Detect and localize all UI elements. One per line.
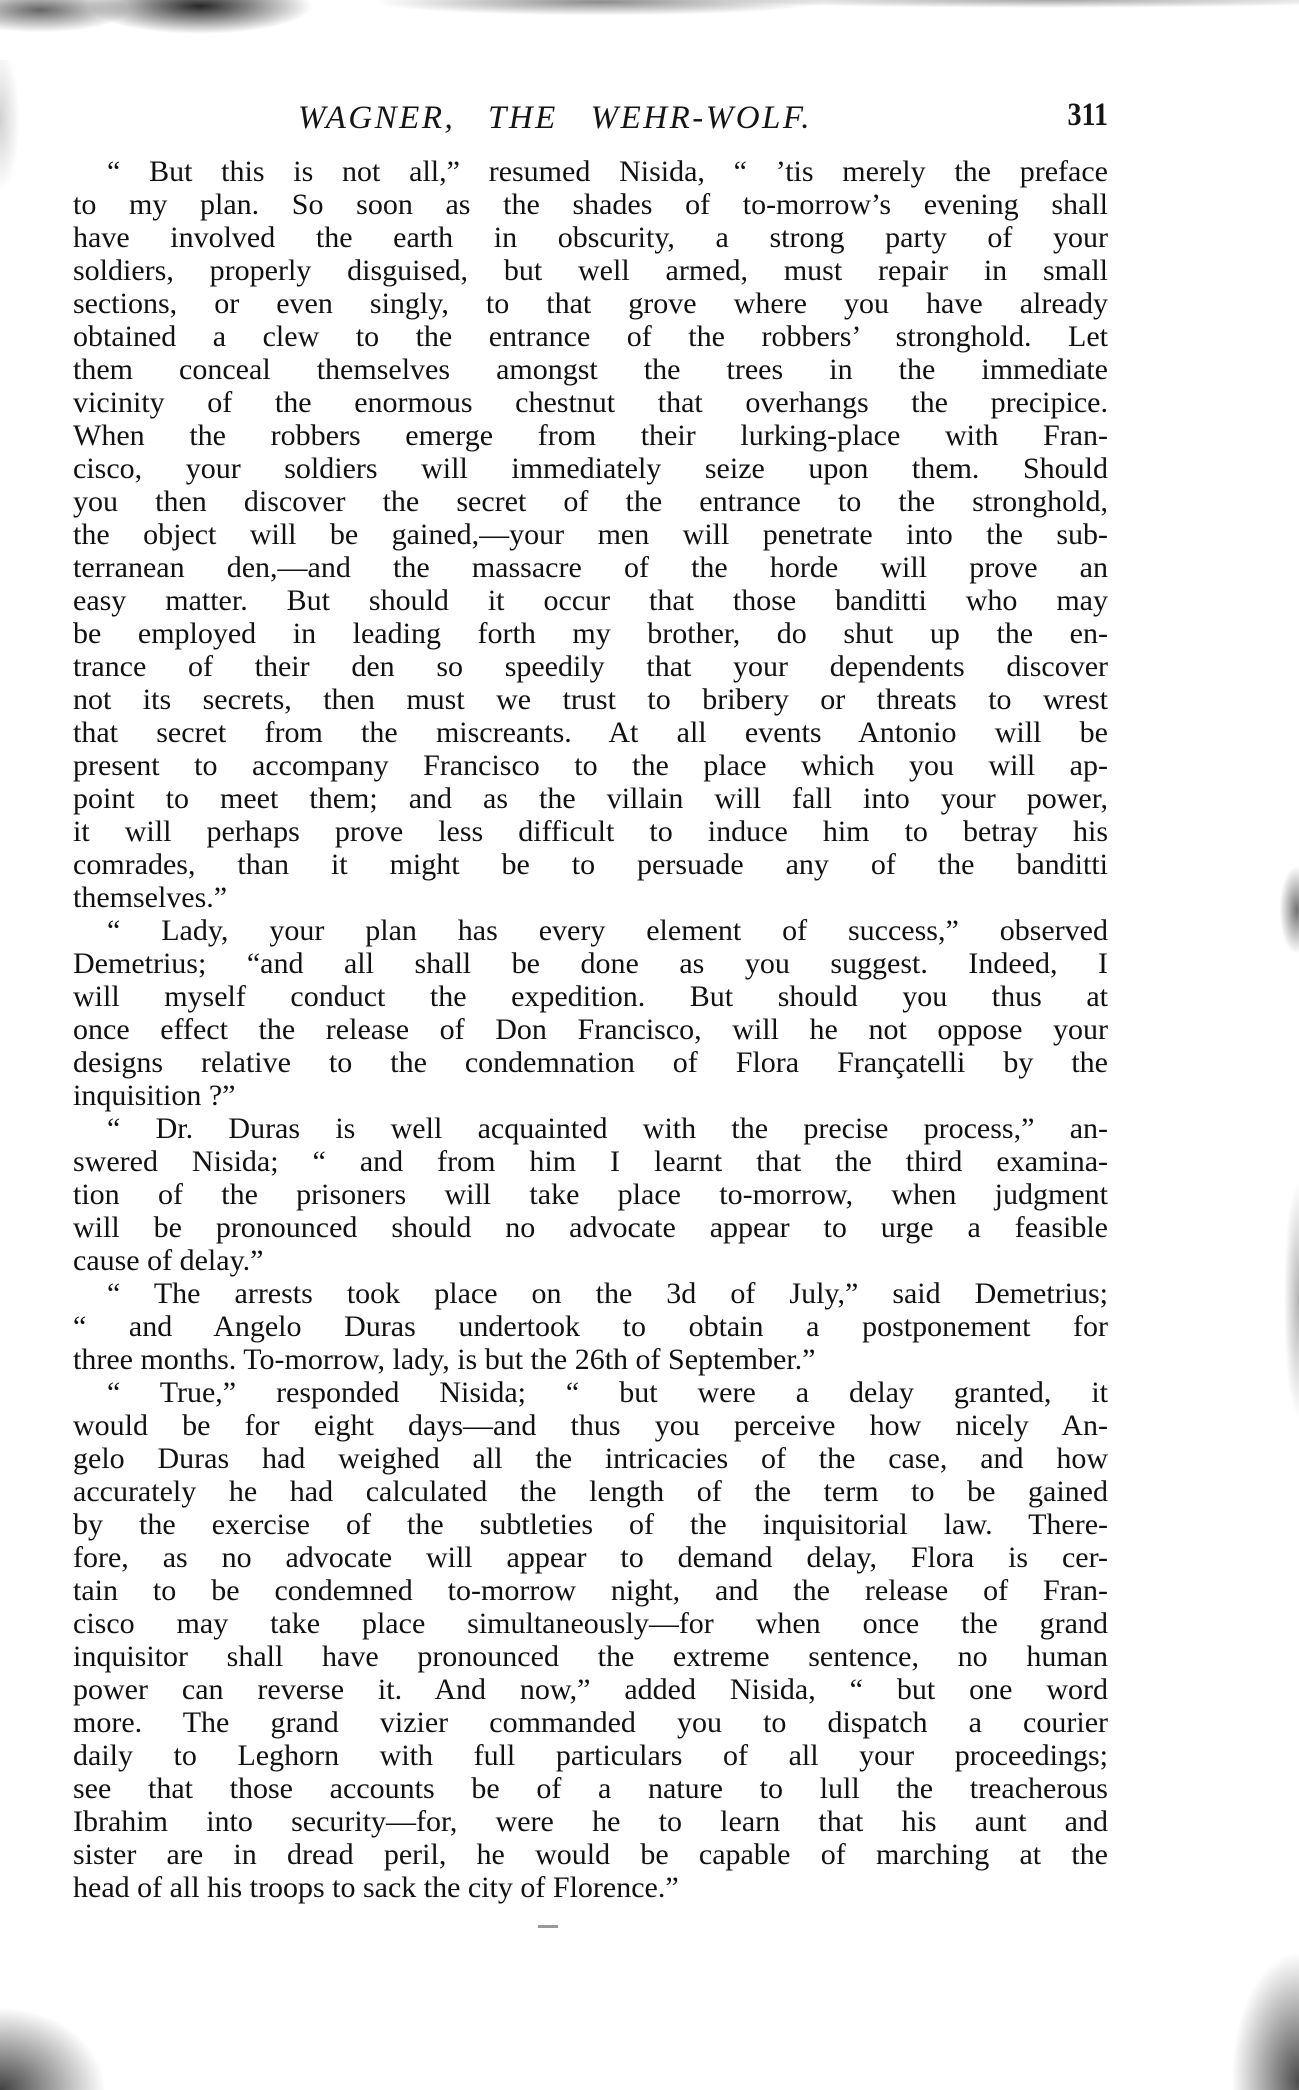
text-line: comrades, than it might be to persuade a… — [73, 848, 1108, 881]
text-line: “ and Angelo Duras undertook to obtain a… — [73, 1310, 1108, 1343]
text-line: vicinity of the enormous chestnut that o… — [73, 386, 1108, 419]
paragraph: “ Dr. Duras is well acquainted with the … — [73, 1112, 1108, 1277]
text-line: “ True,” responded Nisida; “ but were a … — [73, 1376, 1108, 1409]
text-line: “ Lady, your plan has every element of s… — [73, 914, 1108, 947]
text-line: obtained a clew to the entrance of the r… — [73, 320, 1108, 353]
text-line: sister are in dread peril, he would be c… — [73, 1838, 1108, 1871]
text-line: accurately he had calculated the length … — [73, 1475, 1108, 1508]
text-line: sections, or even singly, to that grove … — [73, 287, 1108, 320]
text-line: soldiers, properly disguised, but well a… — [73, 254, 1108, 287]
running-head: WAGNER, THE WEHR-WOLF. — [298, 98, 898, 138]
text-line: “ The arrests took place on the 3d of Ju… — [73, 1277, 1108, 1310]
text-line: daily to Leghorn with full particulars o… — [73, 1739, 1108, 1772]
paragraph: “ The arrests took place on the 3d of Ju… — [73, 1277, 1108, 1376]
scan-smudge-right — [1259, 860, 1299, 980]
text-line: designs relative to the condemnation of … — [73, 1046, 1108, 1079]
text-line: Ibrahim into security—for, were he to le… — [73, 1805, 1108, 1838]
text-line: tion of the prisoners will take place to… — [73, 1178, 1108, 1211]
text-line: the object will be gained,—your men will… — [73, 518, 1108, 551]
page-number: 311 — [1055, 95, 1108, 135]
text-line: Demetrius; “and all shall be done as you… — [73, 947, 1108, 980]
text-line: “ But this is not all,” resumed Nisida, … — [73, 155, 1108, 188]
text-line: “ Dr. Duras is well acquainted with the … — [73, 1112, 1108, 1145]
text-line: swered Nisida; “ and from him I learnt t… — [73, 1145, 1108, 1178]
text-line: power can reverse it. And now,” added Ni… — [73, 1673, 1108, 1706]
text-line: that secret from the miscreants. At all … — [73, 716, 1108, 749]
text-line: cause of delay.” — [73, 1244, 1108, 1277]
text-line: more. The grand vizier commanded you to … — [73, 1706, 1108, 1739]
text-line: inquisition ?” — [73, 1079, 1108, 1112]
book-page: WAGNER, THE WEHR-WOLF. 311 “ But this is… — [0, 0, 1299, 2090]
text-line: you then discover the secret of the entr… — [73, 485, 1108, 518]
text-line: cisco may take place simultaneously—for … — [73, 1607, 1108, 1640]
text-line: not its secrets, then must we trust to b… — [73, 683, 1108, 716]
text-line: three months. To-morrow, lady, is but th… — [73, 1343, 1108, 1376]
text-line: them conceal themselves amongst the tree… — [73, 353, 1108, 386]
print-mark — [538, 1925, 558, 1928]
scan-smudge-bottom-left — [0, 1890, 260, 2090]
text-line: cisco, your soldiers will immediately se… — [73, 452, 1108, 485]
text-line: present to accompany Francisco to the pl… — [73, 749, 1108, 782]
text-line: inquisitor shall have pronounced the ext… — [73, 1640, 1108, 1673]
text-line: have involved the earth in obscurity, a … — [73, 221, 1108, 254]
scan-smudge-top — [0, 0, 1299, 70]
text-line: gelo Duras had weighed all the intricaci… — [73, 1442, 1108, 1475]
text-line: themselves.” — [73, 881, 1108, 914]
paragraph: “ Lady, your plan has every element of s… — [73, 914, 1108, 1112]
body-text: “ But this is not all,” resumed Nisida, … — [73, 155, 1108, 1904]
text-line: be employed in leading forth my brother,… — [73, 617, 1108, 650]
scan-smudge-left — [0, 60, 60, 260]
text-line: head of all his troops to sack the city … — [73, 1871, 1108, 1904]
text-line: will myself conduct the expedition. But … — [73, 980, 1108, 1013]
paragraph: “ True,” responded Nisida; “ but were a … — [73, 1376, 1108, 1904]
text-line: once effect the release of Don Francisco… — [73, 1013, 1108, 1046]
scan-smudge-right-lower — [1259, 1150, 1299, 1450]
text-line: terranean den,—and the massacre of the h… — [73, 551, 1108, 584]
text-line: easy matter. But should it occur that th… — [73, 584, 1108, 617]
scan-smudge-bottom-right — [1099, 1870, 1299, 2090]
text-line: trance of their den so speedily that you… — [73, 650, 1108, 683]
text-line: it will perhaps prove less difficult to … — [73, 815, 1108, 848]
text-line: by the exercise of the subtleties of the… — [73, 1508, 1108, 1541]
text-line: fore, as no advocate will appear to dema… — [73, 1541, 1108, 1574]
text-line: would be for eight days—and thus you per… — [73, 1409, 1108, 1442]
text-line: see that those accounts be of a nature t… — [73, 1772, 1108, 1805]
text-line: point to meet them; and as the villain w… — [73, 782, 1108, 815]
text-line: tain to be condemned to-morrow night, an… — [73, 1574, 1108, 1607]
text-line: When the robbers emerge from their lurki… — [73, 419, 1108, 452]
paragraph: “ But this is not all,” resumed Nisida, … — [73, 155, 1108, 914]
text-line: to my plan. So soon as the shades of to-… — [73, 188, 1108, 221]
text-line: will be pronounced should no advocate ap… — [73, 1211, 1108, 1244]
